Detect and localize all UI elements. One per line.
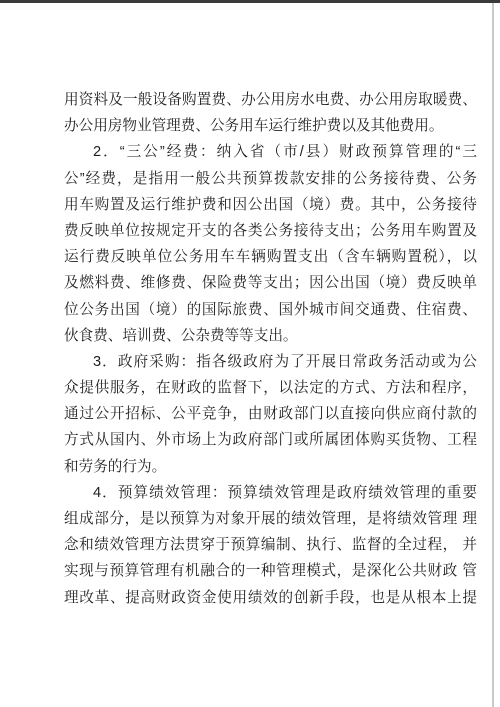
page-right-rule <box>492 3 494 707</box>
text-line: 组成部分，是以预算为对象开展的绩效管理，是将绩效管理 理 <box>64 506 477 532</box>
text-line: 和劳务的行为。 <box>64 454 477 480</box>
text-line: 通过公开招标、公平竞争，由财政部门以直接向供应商付款的 <box>64 401 477 427</box>
text-line: 伙食费、培训费、公杂费等等支出。 <box>64 323 477 349</box>
text-line: 公”经费，是指用一般公共预算拨款安排的公务接待费、公务 <box>64 166 477 192</box>
text-line: 理改革、提高财政资金使用绩效的创新手段，也是从根本上提 <box>64 585 477 611</box>
text-line: 念和绩效管理方法贯穿于预算编制、执行、监督的全过程， 并 <box>64 532 477 558</box>
text-line-paragraph-start: 3．政府采购：指各级政府为了开展日常政务活动或为公 <box>64 349 477 375</box>
text-line: 实现与预算管理有机融合的一种管理模式，是深化公共财政 管 <box>64 558 477 584</box>
text-line: 方式从国内、外市场上为政府部门或所属团体购买货物、工程 <box>64 427 477 453</box>
text-line-paragraph-start: 2．“三公”经费：纳入省（市/县）财政预算管理的“三 <box>64 139 477 165</box>
page-top-border <box>0 0 500 3</box>
text-line: 众提供服务，在财政的监督下，以法定的方式、方法和程序， <box>64 375 477 401</box>
text-line: 费反映单位按规定开支的各类公务接待支出；公务用车购置及 <box>64 218 477 244</box>
document-text-block: 用资料及一般设备购置费、办公用房水电费、办公用房取暖费、 办公用房物业管理费、公… <box>64 87 477 611</box>
text-line: 办公用房物业管理费、公务用车运行维护费以及其他费用。 <box>64 113 477 139</box>
text-line: 及燃料费、维修费、保险费等支出；因公出国（境）费反映单 <box>64 270 477 296</box>
text-line: 用资料及一般设备购置费、办公用房水电费、办公用房取暖费、 <box>64 87 477 113</box>
text-line: 运行费反映单位公务用车车辆购置支出（含车辆购置税），以 <box>64 244 477 270</box>
text-line-paragraph-start: 4．预算绩效管理：预算绩效管理是政府绩效管理的重要 <box>64 480 477 506</box>
text-line: 位公务出国（境）的国际旅费、国外城市间交通费、住宿费、 <box>64 297 477 323</box>
text-line: 用车购置及运行维护费和因公出国（境）费。其中，公务接待 <box>64 192 477 218</box>
document-page: 用资料及一般设备购置费、办公用房水电费、办公用房取暖费、 办公用房物业管理费、公… <box>0 0 500 707</box>
